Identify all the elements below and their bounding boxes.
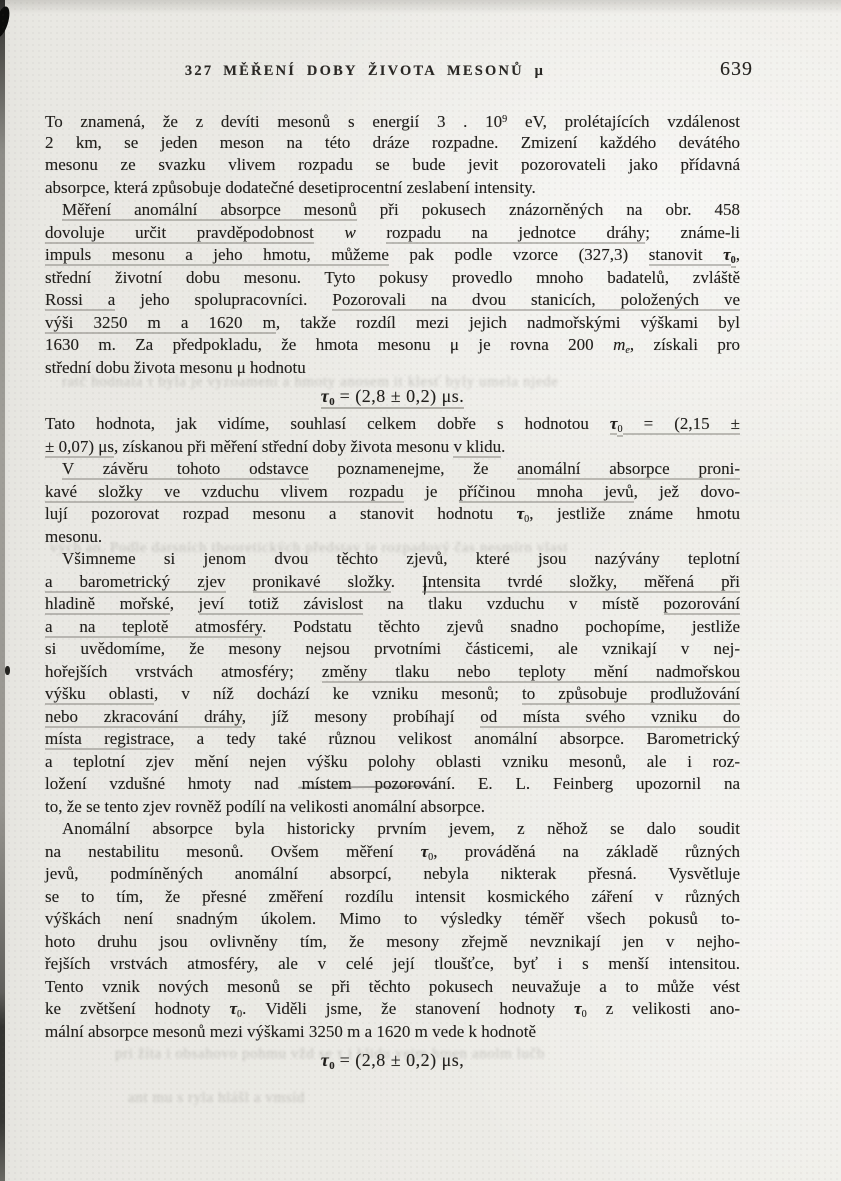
text-line: se to tím, že přesné změření rozdílu int… bbox=[45, 886, 740, 909]
text-segment: na nestabilitu mesonů. Ovšem měření bbox=[45, 842, 421, 861]
text-segment: jevů, podmíněných anomální absorpcí, neb… bbox=[45, 864, 740, 883]
text-line: nebo zkracování dráhy, jíž mesony probíh… bbox=[45, 706, 740, 729]
text-segment: , takže rozdíl mezi jejich nadmořskými v… bbox=[276, 313, 740, 332]
text-line: Anomální absorpce byla historicky prvním… bbox=[45, 818, 740, 841]
text-line: Rossi a jeho spolupracovníci. Pozorovali… bbox=[45, 289, 740, 312]
text-segment: a teplotní zjev mění nejen výšku polohy … bbox=[45, 752, 740, 771]
text-segment: τ bbox=[574, 999, 582, 1018]
text-segment: . bbox=[501, 437, 505, 456]
text-segment: impuls mesonu a jeho hmotu, můžeme bbox=[45, 245, 389, 266]
text-line: V závěru tohoto odstavce poznamenejme, ž… bbox=[45, 458, 740, 481]
text-segment: . Viděli jsme, že stanovení hodnoty bbox=[242, 999, 574, 1018]
text-segment: a barometrický zjev bbox=[45, 572, 226, 593]
text-line: Měření anomální absorpce mesonů při poku… bbox=[45, 199, 740, 222]
text-segment: = (2,15 ± bbox=[623, 414, 740, 435]
display-formula: τ0 = (2,8 ± 0,2) μs. bbox=[45, 379, 740, 413]
text-segment: τ bbox=[723, 245, 731, 266]
text-line: to, že se tento zjev rovněž podílí na ve… bbox=[45, 796, 740, 819]
paragraph: Měření anomální absorpce mesonů při poku… bbox=[45, 199, 740, 379]
text-line: hořejších vrstvách atmosféry; změny tlak… bbox=[45, 661, 740, 684]
text-line: mesonu ze svazku vlivem rozpadu se bude … bbox=[45, 154, 740, 177]
text-segment: Pozorovali na dvou stanicích, položených… bbox=[332, 290, 740, 311]
text-segment: příčinou mnoha jevů bbox=[459, 482, 634, 503]
text-segment: Všimneme si jenom dvou těchto zjevů, kte… bbox=[62, 549, 740, 568]
paragraph: Všimneme si jenom dvou těchto zjevů, kte… bbox=[45, 548, 740, 818]
text-line: a barometrický zjev pronikavé složky. In… bbox=[45, 571, 740, 594]
text-segment: , v níž dochází ke vzniku mesonů; bbox=[154, 684, 522, 703]
text-segment: . Podstatu těchto zjevů snadno pochopíme… bbox=[262, 617, 740, 636]
text-segment: z velikosti ano- bbox=[587, 999, 740, 1018]
text-segment: rozpadu na jednotce dráhy bbox=[386, 223, 645, 244]
text-segment: hladině mořské bbox=[45, 594, 170, 615]
text-line: impuls mesonu a jeho hmotu, můžeme pak p… bbox=[45, 244, 740, 267]
text-segment: , jež dovo- bbox=[634, 482, 740, 501]
text-line: střední životní dobu mesonu. Tyto pokusy… bbox=[45, 267, 740, 290]
text-segment: 0 bbox=[617, 424, 622, 437]
text-segment: m bbox=[613, 335, 625, 354]
text-segment: absorpce, která způsobuje dodatečné dese… bbox=[45, 178, 536, 197]
paragraph: Tato hodnota, jak vidíme, souhlasí celke… bbox=[45, 413, 740, 458]
text-segment: místa registrace bbox=[45, 729, 170, 750]
text-segment: hoto druhu jsou ovlivněny tím, že mesony… bbox=[45, 932, 740, 951]
text-segment: Měření anomální absorpce mesonů bbox=[62, 200, 357, 221]
text-segment: to způsobuje prodlužování bbox=[522, 684, 740, 705]
text-line: 2 km, se jeden meson na této dráze rozpa… bbox=[45, 132, 740, 155]
text-segment: , získanou při měření střední doby život… bbox=[114, 437, 453, 456]
text-line: a na teplotě atmosféry. Podstatu těchto … bbox=[45, 616, 740, 639]
text-segment: ; známe-li bbox=[645, 223, 740, 242]
text-segment bbox=[226, 572, 253, 591]
text-segment: jeví totiž závislost bbox=[199, 594, 363, 615]
text-segment: pronikavé složky bbox=[253, 572, 391, 593]
text-line: hoto druhu jsou ovlivněny tím, že mesony… bbox=[45, 931, 740, 954]
ink-speck bbox=[5, 666, 10, 675]
text-segment: = (2,8 ± 0,2) μs. bbox=[335, 386, 465, 406]
text-line: výši 3250 m a 1620 m, takže rozdíl mezi … bbox=[45, 312, 740, 335]
text-line: To znamená, že z devíti mesonů s energií… bbox=[45, 109, 740, 132]
text-segment: při pokusech znázorněných na obr. 458 bbox=[357, 200, 740, 219]
text-line: řejších vrstvách atmosféry, ale v celé j… bbox=[45, 953, 740, 976]
text-segment: to, že se tento zjev rovněž podílí na ve… bbox=[45, 797, 485, 816]
paragraph: Anomální absorpce byla historicky prvním… bbox=[45, 818, 740, 1043]
scan-edge-shadow bbox=[0, 0, 5, 1181]
text-line: Všimneme si jenom dvou těchto zjevů, kte… bbox=[45, 548, 740, 571]
text-segment: mální absorpce mesonů mezi výškami 3250 … bbox=[45, 1022, 536, 1041]
text-line: na nestabilitu mesonů. Ovšem měření τ0, … bbox=[45, 841, 740, 864]
text-segment: τ bbox=[517, 504, 525, 523]
scanned-page: 327MĚŘENÍ DOBY ŽIVOTA MESONŮ μ 639 To zn… bbox=[0, 0, 841, 1181]
text-segment: eV, prolétajících vzdálenost bbox=[507, 112, 740, 131]
formula-text: τ0 = (2,8 ± 0,2) μs. bbox=[321, 386, 465, 409]
text-segment: ložení vzdušné hmoty nad místem pozorová… bbox=[45, 774, 740, 793]
text-line: jevů, podmíněných anomální absorpcí, neb… bbox=[45, 863, 740, 886]
text-line: absorpce, která způsobuje dodatečné dese… bbox=[45, 177, 740, 200]
page-title: MĚŘENÍ DOBY ŽIVOTA MESONŮ μ bbox=[223, 63, 545, 79]
text-segment: = (2,8 ± 0,2) μs, bbox=[335, 1050, 465, 1070]
text-segment: střední životní dobu mesonu. Tyto pokusy… bbox=[45, 268, 740, 287]
text-segment: na tlaku vzduchu v místě bbox=[363, 594, 664, 613]
text-segment: pak podle vzorce (327,3) bbox=[389, 245, 649, 264]
text-segment: si uvědomíme, že mesony nejsou prvotními… bbox=[45, 639, 740, 658]
text-segment: To znamená, že z devíti mesonů s energií… bbox=[45, 112, 502, 131]
text-line: Tento vznik nových mesonů se při těchto … bbox=[45, 976, 740, 999]
text-segment: mesonu ze svazku vlivem rozpadu se bude … bbox=[45, 155, 740, 174]
text-segment: řejších vrstvách atmosféry, ale v celé j… bbox=[45, 954, 740, 973]
text-segment: , bbox=[736, 245, 740, 264]
text-segment: výšku oblasti bbox=[45, 684, 154, 705]
text-line: a teplotní zjev mění nejen výšku polohy … bbox=[45, 751, 740, 774]
text-segment: τ bbox=[229, 999, 237, 1018]
text-line: výškách není snadným úkolem. Mimo to výs… bbox=[45, 908, 740, 931]
text-line: místa registrace, a tedy také různou vel… bbox=[45, 728, 740, 751]
text-segment: se to tím, že přesné změření rozdílu int… bbox=[45, 887, 740, 906]
text-segment: střední dobu života mesonu μ hodnotu bbox=[45, 358, 306, 377]
text-line: ložení vzdušné hmoty nad místem pozorová… bbox=[45, 773, 740, 796]
text-segment: kavé složky ve vzduchu vlivem rozpadu bbox=[45, 482, 404, 503]
text-line: ke zvětšení hodnoty τ0. Viděli jsme, že … bbox=[45, 998, 740, 1021]
text-segment: . bbox=[391, 572, 422, 591]
text-line: 1630 m. Za předpokladu, že hmota mesonu … bbox=[45, 334, 740, 357]
text-segment: hořejších vrstvách atmosféry; bbox=[45, 662, 322, 681]
text-segment: ke zvětšení hodnoty bbox=[45, 999, 229, 1018]
text-segment: , bbox=[170, 594, 199, 613]
text-segment: pozorování bbox=[664, 594, 740, 615]
text-segment: , a tedy také různou velikost anomální a… bbox=[170, 729, 740, 748]
text-segment: , jíž mesony probíhají bbox=[242, 707, 481, 726]
text-segment: poznamenejme, že bbox=[309, 459, 518, 478]
text-segment: dovoluje určit pravděpodobnost bbox=[45, 223, 314, 244]
running-head: 327MĚŘENÍ DOBY ŽIVOTA MESONŮ μ bbox=[45, 63, 685, 80]
text-line: dovoluje určit pravděpodobnost w rozpadu… bbox=[45, 222, 740, 245]
text-segment: 1630 m. Za předpokladu, že hmota mesonu … bbox=[45, 335, 613, 354]
text-line: lují pozorovat rozpad mesonu a stanovit … bbox=[45, 503, 740, 526]
bleed-through-text: ant mu s ryla hlášl a vmsíd bbox=[128, 1090, 458, 1107]
text-segment: , prováděná na základě různých bbox=[433, 842, 740, 861]
formula-text: τ0 = (2,8 ± 0,2) μs, bbox=[321, 1050, 465, 1070]
text-line: mesonu. bbox=[45, 526, 740, 549]
text-segment: , jestliže známe hmotu bbox=[529, 504, 740, 523]
text-segment: Anomální absorpce byla historicky prvním… bbox=[62, 819, 740, 838]
text-line: výšku oblasti, v níž dochází ke vzniku m… bbox=[45, 683, 740, 706]
text-segment bbox=[356, 223, 387, 242]
text-segment: Rossi a bbox=[45, 290, 115, 311]
text-segment: od místa svého vzniku do bbox=[480, 707, 740, 728]
text-segment bbox=[314, 223, 345, 242]
text-segment: Intensita tvrdé složky, měřená při bbox=[422, 572, 740, 593]
text-segment: Tento vznik nových mesonů se při těchto … bbox=[45, 977, 740, 996]
text-line: mální absorpce mesonů mezi výškami 3250 … bbox=[45, 1021, 740, 1044]
text-line: kavé složky ve vzduchu vlivem rozpadu je… bbox=[45, 481, 740, 504]
text-line: střední dobu života mesonu μ hodnotu bbox=[45, 357, 740, 380]
text-segment: V závěru tohoto odstavce bbox=[62, 459, 309, 480]
page-number: 639 bbox=[720, 58, 753, 81]
text-segment: ± 0,07) μs bbox=[45, 437, 114, 458]
text-segment: změny tlaku nebo teploty mění nadmořskou bbox=[322, 662, 740, 683]
text-segment: a na teplotě atmosféry bbox=[45, 617, 262, 638]
text-segment: jeho spolupracovníci. bbox=[115, 290, 332, 309]
text-line: hladině mořské, jeví totiž závislost na … bbox=[45, 593, 740, 616]
paragraph: To znamená, že z devíti mesonů s energií… bbox=[45, 109, 740, 199]
paragraph: V závěru tohoto odstavce poznamenejme, ž… bbox=[45, 458, 740, 548]
text-segment: τ bbox=[321, 386, 330, 406]
text-segment: výškách není snadným úkolem. Mimo to výs… bbox=[45, 909, 740, 928]
text-segment: 2 km, se jeden meson na této dráze rozpa… bbox=[45, 133, 740, 152]
text-segment: anomální absorpce proni- bbox=[517, 459, 740, 480]
text-segment: τ bbox=[321, 1050, 330, 1070]
section-number: 327 bbox=[185, 63, 213, 79]
text-line: Tato hodnota, jak vidíme, souhlasí celke… bbox=[45, 413, 740, 436]
text-line: si uvědomíme, že mesony nejsou prvotními… bbox=[45, 638, 740, 661]
ink-blot-top-left bbox=[0, 5, 13, 39]
text-line: ± 0,07) μs, získanou při měření střední … bbox=[45, 436, 740, 459]
text-segment: , získali pro bbox=[630, 335, 740, 354]
text-segment: Tato hodnota, jak vidíme, souhlasí celke… bbox=[45, 414, 610, 433]
text-segment: stanovit bbox=[649, 245, 723, 266]
text-block: To znamená, že z devíti mesonů s energií… bbox=[45, 109, 740, 1077]
text-segment: mesonu. bbox=[45, 527, 102, 546]
text-segment: lují pozorovat rozpad mesonu a stanovit … bbox=[45, 504, 517, 523]
text-segment: nebo zkracování dráhy bbox=[45, 707, 242, 728]
text-segment: je bbox=[404, 482, 459, 501]
text-segment: w bbox=[344, 223, 355, 242]
display-formula: τ0 = (2,8 ± 0,2) μs, bbox=[45, 1043, 740, 1077]
text-segment: v klidu bbox=[453, 437, 501, 458]
text-segment: výši 3250 m a 1620 m bbox=[45, 313, 276, 334]
